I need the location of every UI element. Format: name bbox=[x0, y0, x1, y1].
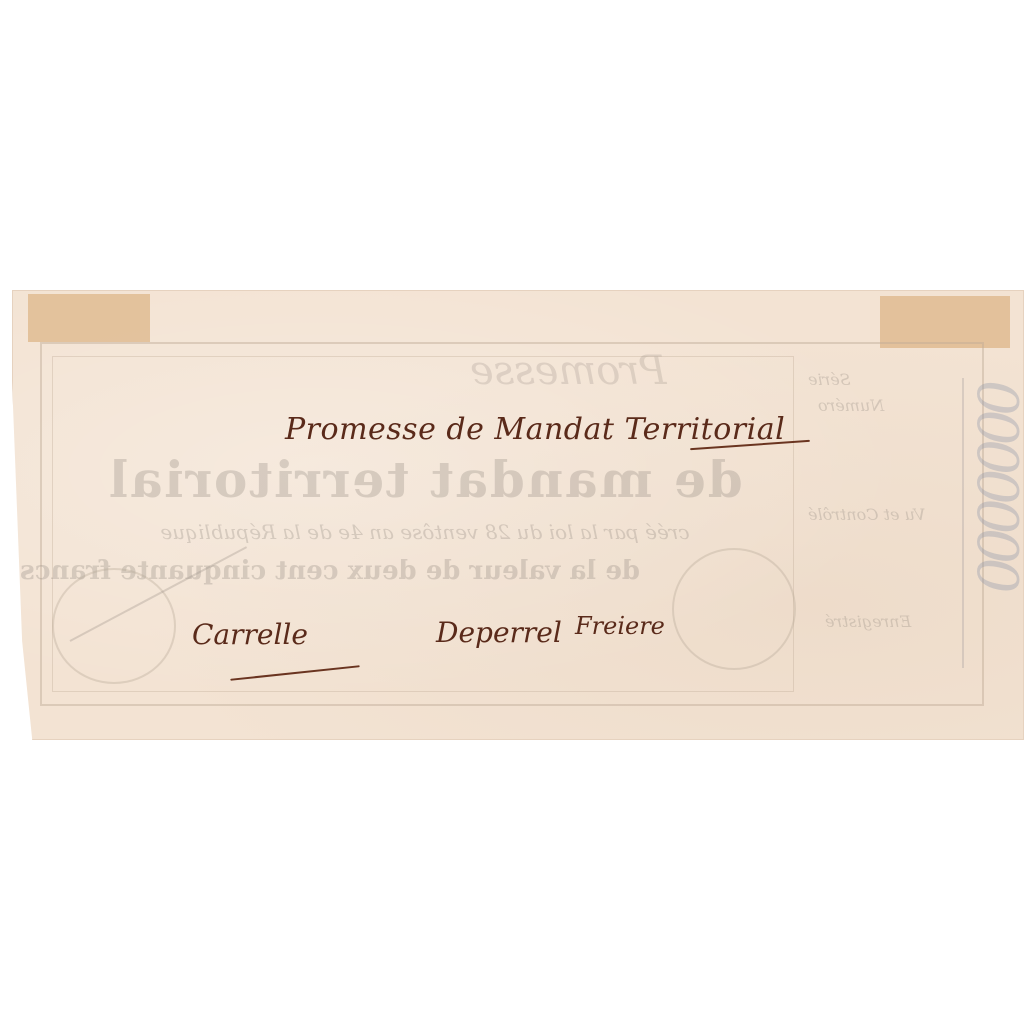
handwritten-title: Promesse de Mandat Territorial bbox=[285, 412, 785, 447]
mirrored-heading: Promesse bbox=[470, 348, 666, 394]
tape-strip-right bbox=[880, 296, 1010, 348]
signature-center: Deperrel bbox=[436, 616, 562, 649]
tape-strip-left bbox=[28, 294, 150, 342]
mirrored-number: Numéro bbox=[818, 396, 884, 415]
mirrored-title: de mandat territorial bbox=[60, 450, 790, 509]
mirrored-controlled: Vu et Contrôlé bbox=[808, 505, 925, 524]
mirrored-registered: Enregistré bbox=[825, 612, 911, 631]
embossed-seal-right bbox=[672, 548, 796, 670]
embossed-seal-left bbox=[52, 568, 176, 684]
serial-number-column: 0000000 bbox=[968, 380, 1024, 720]
mirrored-amount: de la valeur de deux cent cinquante fran… bbox=[220, 556, 640, 586]
signature-right: Freiere bbox=[575, 612, 665, 640]
mirrored-subtitle: créé par la loi du 28 ventôse an 4e de l… bbox=[60, 520, 790, 544]
signature-left: Carrelle bbox=[192, 618, 308, 651]
mirrored-series: Série bbox=[808, 370, 851, 389]
